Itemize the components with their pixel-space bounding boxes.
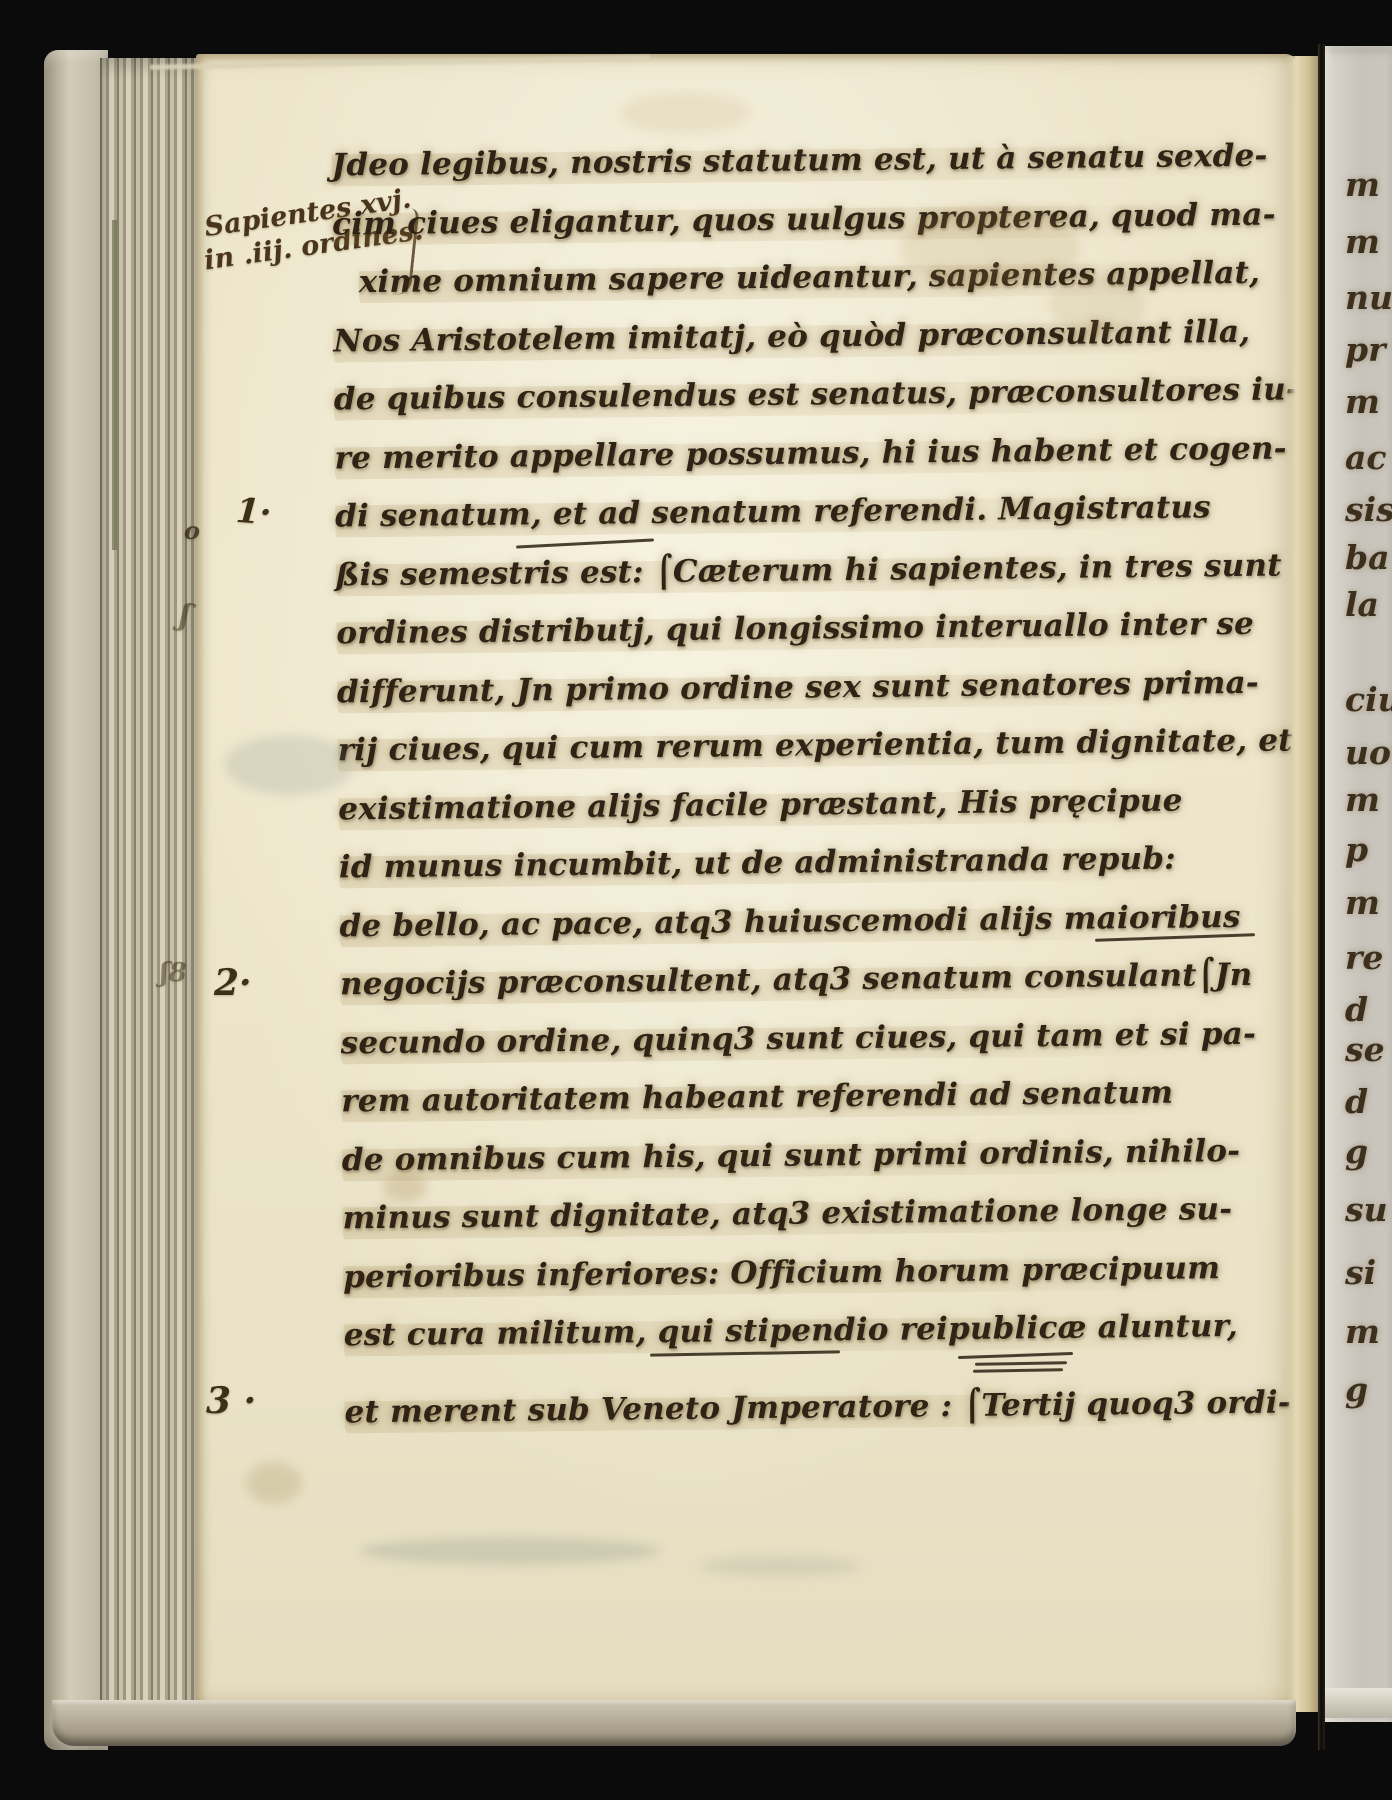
margin-mark: 3 · [206,1380,256,1422]
manuscript-line: rij ciues, qui cum rerum experientia, tu… [337,713,1183,780]
manuscript-photo: Sapientes xvj. in .iij. ordines. Jdeo le… [0,0,1392,1800]
facing-page-text-fragment: ciu [1345,680,1392,719]
manuscript-line: ordines distributj, qui longissimo inter… [336,596,1182,663]
ink-showthrough-smudge [620,92,750,134]
manuscript-line: differunt, Jn primo ordine sex sunt sena… [337,654,1183,721]
margin-mark: 2· [214,962,252,1004]
manuscript-line: de bello, ac pace, atq3 huiuscemodi alij… [339,888,1185,955]
manuscript-line: perioribus inferiores: Officium horum pr… [343,1239,1189,1306]
facing-page-text-fragment: si [1345,1253,1376,1292]
facing-page-text-fragment: m [1345,1312,1380,1351]
facing-page-text-fragment: m [1345,780,1380,819]
right-page-sliver: mmnuprmacsisbalaciuuompmredsedgsusimg [1325,46,1392,1722]
right-page-bottom-edge [1325,1688,1392,1718]
manuscript-line: de quibus consulendus est senatus, præco… [334,362,1180,429]
manuscript-line: negocijs præconsultent, atq3 senatum con… [340,947,1186,1014]
margin-mark: 1· [235,491,273,533]
ink-showthrough-smudge [225,735,355,795]
ink-showthrough-smudge [360,1537,660,1565]
book-cover-edge [44,50,108,1750]
facing-page-text-fragment: ba [1345,538,1389,577]
facing-page-text-fragment: g [1345,1132,1368,1171]
facing-page-text-fragment: uo [1345,733,1391,772]
manuscript-line: rem autoritatem habeant referendi ad sen… [341,1064,1187,1131]
ink-showthrough-smudge [383,1172,427,1202]
facing-page-text-fragment: p [1345,830,1368,869]
book-bottom-edge [52,1700,1296,1746]
facing-page-text-fragment: ac [1345,438,1386,477]
facing-page-text-fragment: d [1345,1082,1368,1121]
manuscript-line: existimatione alijs facile præstant, His… [338,771,1184,838]
manuscript-line: di senatum, et ad senatum referendi. Mag… [335,479,1181,546]
ink-showthrough-smudge [900,205,1080,290]
left-page-fold-edge [1286,56,1319,1712]
manuscript-line: de omnibus cum his, qui sunt primi ordin… [342,1122,1188,1189]
facing-page-text-fragment: m [1345,222,1380,261]
gutter-shadow [1318,44,1325,1750]
facing-page-text-fragment: d [1345,990,1368,1029]
facing-page-text-fragment: se [1345,1030,1385,1069]
margin-mark: o [184,516,200,545]
facing-page-text-fragment: m [1345,382,1380,421]
facing-page-text-fragment: pr [1345,330,1385,369]
facing-page-text-fragment: la [1345,585,1379,624]
manuscript-line: secundo ordine, quinq3 sunt ciues, qui t… [340,1005,1186,1072]
facing-page-text-fragment: su [1345,1190,1388,1229]
manuscript-line: id munus incumbit, ut de administranda r… [339,830,1185,897]
manuscript-line: Jdeo legibus, nostris statutum est, ut à… [331,128,1177,195]
manuscript-line: minus sunt dignitate, atq3 existimatione… [342,1181,1188,1248]
manuscript-line: et merent sub Veneto Jmperatore : ⌠Terti… [344,1374,1190,1441]
facing-page-text-fragment: g [1345,1370,1368,1409]
margin-mark: ʃ8 [160,958,187,988]
ink-showthrough-smudge [1050,275,1145,335]
facing-page-text-fragment: m [1345,165,1380,204]
page-edge-stack-accent [112,220,117,550]
facing-page-text-fragment: nu [1345,278,1392,317]
facing-page-text-fragment: m [1345,883,1380,922]
facing-page-text-fragment: sis [1345,490,1392,529]
ink-showthrough-smudge [246,1462,302,1504]
manuscript-line: re merito appellare possumus, hi ius hab… [334,420,1180,487]
ink-showthrough-smudge [700,1556,860,1576]
facing-page-text-fragment: re [1345,938,1383,977]
manuscript-line: ßis semestris est: ⌠Cæterum hi sapientes… [335,537,1181,604]
